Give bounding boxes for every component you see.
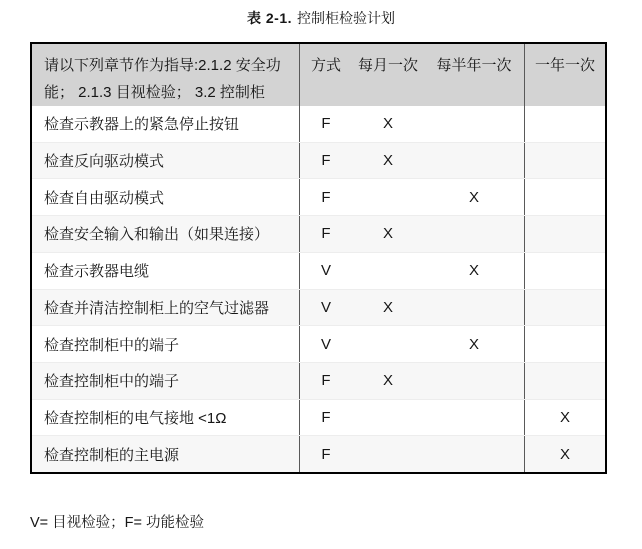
header-col-monthly: 每月一次 — [352, 44, 424, 106]
method-cell: F — [300, 363, 352, 399]
task-cell: 检查控制柜中的端子 — [32, 326, 300, 362]
yearly-cell — [524, 143, 605, 179]
task-cell: 检查示教器上的紧急停止按钮 — [32, 106, 300, 142]
table-caption-title: 控制柜检验计划 — [297, 10, 395, 26]
half-yearly-cell — [424, 363, 524, 399]
yearly-cell: X — [524, 436, 605, 472]
table-row: 检查示教器上的紧急停止按钮 F X — [32, 106, 605, 142]
table-body: 检查示教器上的紧急停止按钮 F X 检查反向驱动模式 F X 检查自由驱动模式 … — [32, 106, 605, 472]
header-col-method: 方式 — [300, 44, 352, 106]
method-cell: F — [300, 143, 352, 179]
task-cell: 检查控制柜中的端子 — [32, 363, 300, 399]
table-row: 检查并清洁控制柜上的空气过滤器 V X — [32, 289, 605, 326]
table-row: 检查控制柜中的端子 V X — [32, 325, 605, 362]
half-yearly-cell — [424, 400, 524, 436]
yearly-cell — [524, 179, 605, 215]
monthly-cell — [352, 436, 424, 472]
header-col-half-yearly: 每半年一次 — [424, 44, 524, 106]
method-cell: V — [300, 326, 352, 362]
task-cell: 检查自由驱动模式 — [32, 179, 300, 215]
half-yearly-cell — [424, 216, 524, 252]
task-cell: 检查控制柜的电气接地 <1Ω — [32, 400, 300, 436]
method-cell: F — [300, 436, 352, 472]
table-row: 检查安全输入和输出（如果连接） F X — [32, 215, 605, 252]
half-yearly-cell: X — [424, 326, 524, 362]
table-caption-number: 表 2-1. — [247, 10, 292, 26]
method-cell: F — [300, 216, 352, 252]
task-cell: 检查反向驱动模式 — [32, 143, 300, 179]
method-cell: F — [300, 179, 352, 215]
legend-note: V= 目视检验；F= 功能检验 — [30, 511, 204, 532]
task-cell: 检查示教器电缆 — [32, 253, 300, 289]
monthly-cell — [352, 179, 424, 215]
monthly-cell — [352, 400, 424, 436]
table-header-row: 请以下列章节作为指导:2.1.2 安全功能； 2.1.3 目视检验； 3.2 控… — [32, 44, 605, 106]
monthly-cell: X — [352, 363, 424, 399]
table-row: 检查反向驱动模式 F X — [32, 142, 605, 179]
yearly-cell — [524, 216, 605, 252]
yearly-cell — [524, 326, 605, 362]
method-cell: V — [300, 290, 352, 326]
method-cell: F — [300, 106, 352, 142]
header-col-yearly: 一年一次 — [524, 44, 605, 106]
monthly-cell: X — [352, 143, 424, 179]
table-caption: 表 2-1.控制柜检验计划 — [0, 8, 642, 28]
method-cell: V — [300, 253, 352, 289]
table-row: 检查控制柜的主电源 F X — [32, 435, 605, 472]
half-yearly-cell: X — [424, 179, 524, 215]
half-yearly-cell: X — [424, 253, 524, 289]
method-cell: F — [300, 400, 352, 436]
monthly-cell: X — [352, 290, 424, 326]
yearly-cell — [524, 253, 605, 289]
monthly-cell — [352, 326, 424, 362]
yearly-cell — [524, 363, 605, 399]
monthly-cell — [352, 253, 424, 289]
monthly-cell: X — [352, 106, 424, 142]
table-row: 检查示教器电缆 V X — [32, 252, 605, 289]
table-row: 检查控制柜中的端子 F X — [32, 362, 605, 399]
half-yearly-cell — [424, 290, 524, 326]
monthly-cell: X — [352, 216, 424, 252]
header-guide-text: 请以下列章节作为指导:2.1.2 安全功能； 2.1.3 目视检验； 3.2 控… — [32, 44, 300, 106]
table-row: 检查自由驱动模式 F X — [32, 178, 605, 215]
yearly-cell — [524, 106, 605, 142]
half-yearly-cell — [424, 106, 524, 142]
yearly-cell: X — [524, 400, 605, 436]
table-row: 检查控制柜的电气接地 <1Ω F X — [32, 399, 605, 436]
yearly-cell — [524, 290, 605, 326]
task-cell: 检查安全输入和输出（如果连接） — [32, 216, 300, 252]
half-yearly-cell — [424, 436, 524, 472]
half-yearly-cell — [424, 143, 524, 179]
task-cell: 检查并清洁控制柜上的空气过滤器 — [32, 290, 300, 326]
task-cell: 检查控制柜的主电源 — [32, 436, 300, 472]
inspection-plan-table: 请以下列章节作为指导:2.1.2 安全功能； 2.1.3 目视检验； 3.2 控… — [30, 42, 607, 474]
